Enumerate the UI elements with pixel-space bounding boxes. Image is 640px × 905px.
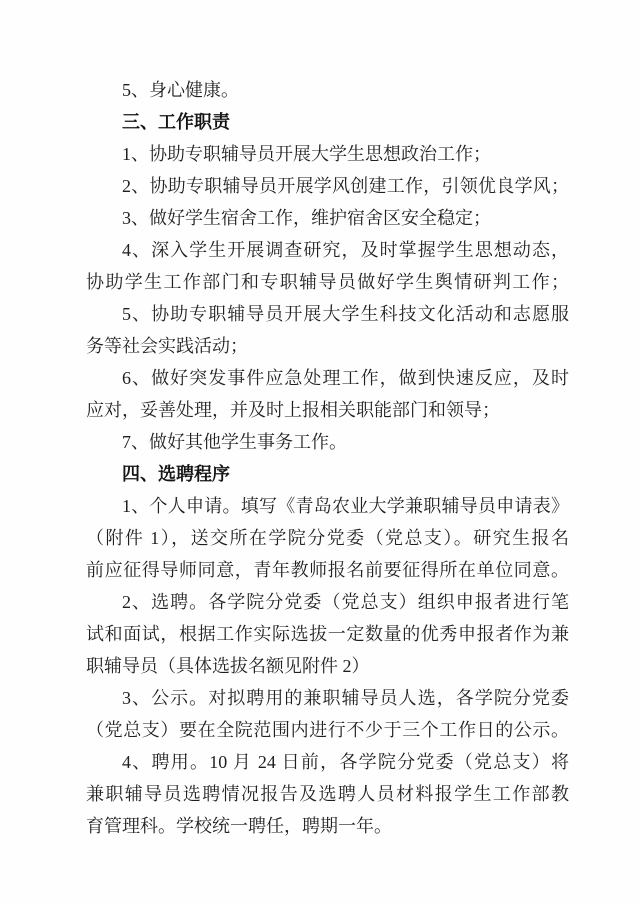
text-line: 务等社会实践活动； [86, 330, 569, 362]
text-line: 应对，妥善处理，并及时上报相关职能部门和领导； [86, 394, 569, 426]
text-line: 育管理科。学校统一聘任，聘期一年。 [86, 810, 569, 842]
text-line: 试和面试，根据工作实际选拔一定数量的优秀申报者作为兼 [86, 618, 569, 650]
section-heading: 三、工作职责 [86, 106, 569, 138]
document-body: 5、身心健康。 三、工作职责 1、协助专职辅导员开展大学生思想政治工作； 2、协… [86, 74, 569, 842]
text-line: 2、协助专职辅导员开展学风创建工作，引领优良学风； [86, 170, 569, 202]
text-line: 3、做好学生宿舍工作，维护宿舍区安全稳定； [86, 202, 569, 234]
text-line: 前应征得导师同意，青年教师报名前要征得所在单位同意。 [86, 554, 569, 586]
text-line: 协助学生工作部门和专职辅导员做好学生舆情研判工作； [86, 266, 569, 298]
text-line: 5、身心健康。 [86, 74, 569, 106]
section-heading: 四、选聘程序 [86, 458, 569, 490]
text-line: 5、协助专职辅导员开展大学生科技文化活动和志愿服 [86, 298, 569, 330]
text-line: 兼职辅导员选聘情况报告及选聘人员材料报学生工作部教 [86, 778, 569, 810]
text-line: 4、聘用。10 月 24 日前，各学院分党委（党总支）将 [86, 746, 569, 778]
text-line: 职辅导员（具体选拔名额见附件 2） [86, 650, 569, 682]
document-page: 5、身心健康。 三、工作职责 1、协助专职辅导员开展大学生思想政治工作； 2、协… [0, 0, 640, 905]
text-line: 2、选聘。各学院分党委（党总支）组织申报者进行笔 [86, 586, 569, 618]
text-line: 1、协助专职辅导员开展大学生思想政治工作； [86, 138, 569, 170]
text-line: 3、公示。对拟聘用的兼职辅导员人选，各学院分党委 [86, 682, 569, 714]
text-line: 6、做好突发事件应急处理工作，做到快速反应，及时 [86, 362, 569, 394]
text-line: （附件 1），送交所在学院分党委（党总支）。研究生报名 [86, 522, 569, 554]
text-line: 1、个人申请。填写《青岛农业大学兼职辅导员申请表》 [86, 490, 569, 522]
text-line: 4、深入学生开展调查研究，及时掌握学生思想动态， [86, 234, 569, 266]
text-line: （党总支）要在全院范围内进行不少于三个工作日的公示。 [86, 714, 569, 746]
text-line: 7、做好其他学生事务工作。 [86, 426, 569, 458]
